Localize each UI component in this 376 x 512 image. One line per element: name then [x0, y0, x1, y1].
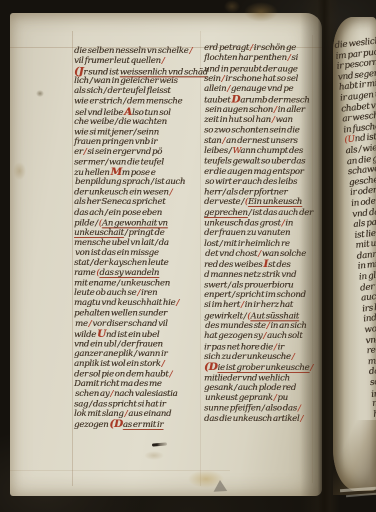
text-line: lok mit slang / aus einand [74, 409, 204, 419]
text-line: unkeust geprank / pu [205, 393, 325, 403]
text-line: als her Seneca sprichet [74, 197, 204, 207]
left-column: die selben nesseln vn schelke /vil frume… [74, 46, 204, 430]
text-line: mitlieder vnd wehlich [204, 373, 324, 383]
text-line: hat gezogen sy / auch solt [204, 331, 324, 341]
text-line: schen ay / nach valesiastia [75, 389, 205, 399]
text-line: der sol pie on dem haubt / [74, 369, 204, 379]
ruling-line [10, 470, 230, 471]
text-line: vil frumer leut quellen / [74, 56, 204, 66]
text-line: taubet Darumb der mesch [204, 95, 324, 105]
page-edge-band [346, 493, 376, 498]
text-line: d mannes netz strik vnd [204, 270, 324, 280]
text-line: che weibe / die wachten [74, 117, 204, 127]
text-line: der frauen zu vanuten [204, 228, 324, 238]
text-line: wilde Und ist ein ubel [74, 329, 204, 339]
text-line: benpildung sprach / ist auch [75, 177, 205, 187]
text-line: allein / genauge vnd pe [204, 84, 324, 94]
text-line: Damit richt ma des me [74, 379, 204, 389]
manuscript-photo: die selben nesseln vn schelke /vil frume… [0, 0, 376, 512]
text-line: (Jr sund ist weissenlich vnd schäd [74, 66, 204, 76]
text-line: sag / das spricht si hat ir [74, 400, 204, 410]
text-line: zu hellen Mm pose e [74, 167, 204, 177]
right-page-text: die weslichstim par puchlair pescorn IPv… [334, 32, 376, 421]
text-line: das die unkeusch artikel / [204, 414, 324, 424]
text-line: wie si mit jener / seinn [74, 127, 204, 137]
text-line: si im hert / in ir herz hat [204, 300, 324, 310]
text-line: ganzer aneplik / wann ir [74, 349, 204, 359]
text-line: zeit in hut sol han / wan [204, 115, 324, 125]
text-line: er die augen mag entspor [204, 167, 324, 177]
text-line: sein / ir schone hat so sel [204, 74, 324, 84]
text-line: enpert / spricht im schond [204, 290, 324, 300]
text-line: er / si sein erger vnd pö [74, 147, 204, 157]
text-line: sunne pfeiffen / also das / [204, 404, 324, 414]
text-line: frauen pringen vnb ir [74, 137, 204, 147]
text-line: rame (das sy wandeln [74, 268, 204, 278]
text-line: herr / als der pfortner [204, 187, 324, 197]
text-line: als sich / der teufel fleisst [74, 86, 204, 96]
text-line: so zwo schonten sein die [204, 126, 324, 136]
text-line: erd petragt / ir schön ge [204, 43, 324, 53]
text-line: stan / an der nest unsers [204, 136, 324, 146]
text-line: vnd ein ubl / der frauen [74, 339, 204, 349]
text-line: unkeusch das grost / in [204, 218, 324, 228]
text-line: lost / mit ir heimlich re [204, 239, 324, 249]
text-line: mensche ubel vn lait / da [74, 238, 204, 248]
text-line: sein augen schon / in aller [205, 105, 325, 115]
text-line: pilde / (An gewonhait vn [74, 218, 204, 228]
text-line: det vnd chost / wan solche [205, 249, 325, 259]
ruling-line [72, 31, 73, 486]
text-line: (Die ist grober unkeusche / [204, 362, 324, 372]
right-page-edge: die weslichstim par puchlair pescorn IPv… [333, 17, 376, 491]
text-line: me / vor diser schand vil [75, 319, 205, 329]
text-line: der veste / (Ein unkeusch [204, 197, 324, 207]
text-line: flochten har penthen / si [204, 53, 324, 63]
text-line: das ach / ein pose eben [74, 208, 204, 218]
text-line: gezogen (Das er mit ir [74, 419, 204, 429]
text-line: leibes / Wann chumpt des [204, 146, 324, 156]
text-line: ser mer / wan die teufel [74, 157, 204, 167]
text-line: teufels gewalt so uber das [204, 157, 324, 167]
text-line: red des weibes Ist des [204, 259, 324, 269]
text-line: wie er strich / dem mensche [74, 97, 204, 107]
left-page: die selben nesseln vn schelke /vil frume… [10, 13, 322, 496]
text-line: anplik ist wol ein stork / [74, 359, 204, 369]
text-line: geprechen / ist das auch der [204, 208, 324, 218]
text-line: mit ename / unkeuschen [74, 278, 204, 288]
text-line: und in peraubt der auge [204, 64, 324, 74]
text-line: des mundes ste / in an sich [205, 321, 325, 331]
text-line: sel vnd leibe Also tun sol [75, 107, 205, 117]
right-column: erd petragt / ir schön geflochten har pe… [204, 43, 324, 424]
text-line: von ist das ein missge [75, 248, 205, 258]
stain [224, 0, 240, 13]
text-line: magtu vnd keuschhait hie / [74, 298, 204, 308]
text-line: sich zu der unkeusche / [204, 352, 324, 362]
text-line: ir pas net hore die / ir [204, 342, 324, 352]
text-line: stat / der kayschen leute [74, 258, 204, 268]
text-line: so wirt er auch des leibs [205, 177, 325, 187]
text-line: der unkeusch ein wesen / [74, 188, 204, 198]
text-line: lich / wan in geleicher weis [74, 76, 204, 86]
text-line: swert / als prouerbioru [204, 280, 324, 290]
text-line: leute ob auch se / iren [74, 288, 204, 298]
text-line: gesank / auch plode red [204, 383, 324, 393]
text-line: die selben nesseln vn schelke / [74, 46, 204, 56]
text-line: unkeuschait / pringt de [74, 228, 204, 238]
text-line: pehalten wellen sunder [74, 309, 204, 319]
text-line: gewirkelt / (Aut süsshait [204, 311, 324, 321]
